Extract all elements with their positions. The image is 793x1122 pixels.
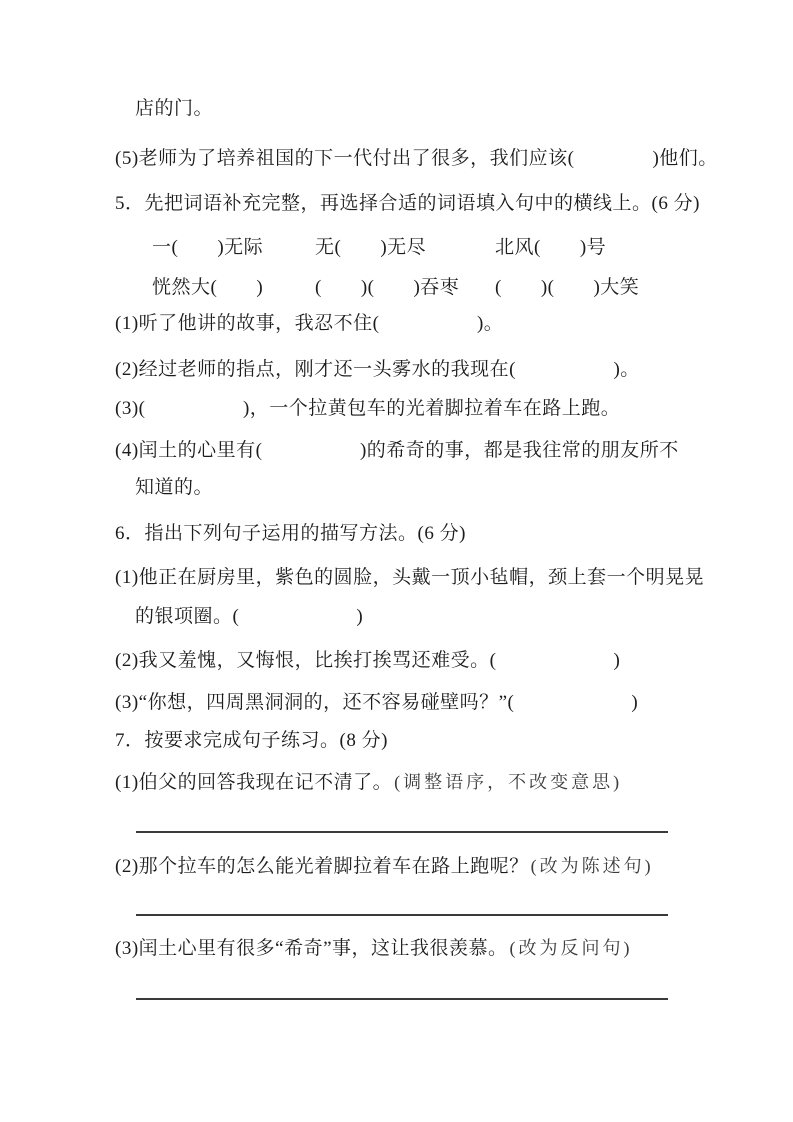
question-7-item-2: (2)那个拉车的怎么能光着脚拉着车在路上跑呢？(改为陈述句) [115, 855, 654, 879]
word-bank-row-2: 恍然大( ) ( )( )吞枣 ( )( )大笑 [152, 272, 639, 299]
word-bank-cell: 无( )无尽 [315, 232, 495, 259]
question-5-item-2: (2)经过老师的指点，刚才还一头雾水的我现在( )。 [115, 358, 640, 382]
question-5-item-4: (4)闰土的心里有( )的希奇的事，都是我往常的朋友所不 [115, 439, 679, 463]
question-6-item-2: (2)我又羞愧，又悔恨，比挨打挨骂还难受。( ) [115, 649, 620, 673]
question-5-item-3: (3)( )，一个拉黄包车的光着脚拉着车在路上跑。 [115, 397, 620, 421]
question-5-title: 5．先把词语补充完整，再选择合适的词语填入句中的横线上。(6 分) [115, 192, 700, 216]
question-7-item-1-hint: (调整语序，不改变意思) [394, 772, 622, 792]
question-7-item-1-text: (1)伯父的回答我现在记不清了。 [115, 772, 392, 793]
question-6-item-3: (3)“你想，四周黑洞洞的，还不容易碰壁吗？”( ) [115, 691, 638, 715]
answer-blank-line [136, 914, 668, 916]
word-bank-cell: ( )( )大笑 [495, 272, 639, 299]
question-7-item-3-text: (3)闰土心里有很多“希奇”事，这让我很羡慕。 [115, 938, 508, 959]
worksheet-page: 店的门。 (5)老师为了培养祖国的下一代付出了很多，我们应该( )他们。 5．先… [0, 0, 793, 1122]
question-7-item-2-text: (2)那个拉车的怎么能光着脚拉着车在路上跑呢？ [115, 856, 529, 877]
question-7-item-3: (3)闰土心里有很多“希奇”事，这让我很羡慕。(改为反问句) [115, 937, 633, 961]
answer-blank-line [136, 998, 668, 1000]
question-7-title: 7．按要求完成句子练习。(8 分) [115, 729, 388, 753]
question-6-item-1-continuation: 的银项圈。( ) [135, 605, 363, 629]
question-7-item-1: (1)伯父的回答我现在记不清了。(调整语序，不改变意思) [115, 771, 622, 795]
question-6-item-1: (1)他正在厨房里，紫色的圆脸，头戴一顶小毡帽，颈上套一个明晃晃 [115, 566, 704, 590]
question-7-item-3-hint: (改为反问句) [510, 938, 633, 958]
word-bank-cell: 恍然大( ) [152, 272, 315, 299]
answer-blank-line [136, 831, 668, 833]
word-bank-cell: ( )( )吞枣 [315, 272, 495, 299]
question-5-item-4-continuation: 知道的。 [135, 476, 213, 500]
prev-question-continuation: 店的门。 [135, 97, 213, 121]
question-6-title: 6．指出下列句子运用的描写方法。(6 分) [115, 522, 466, 546]
word-bank-row-1: 一( )无际 无( )无尽 北风( )号 [152, 232, 606, 259]
question-7-item-2-hint: (改为陈述句) [531, 856, 654, 876]
word-bank-cell: 北风( )号 [495, 232, 606, 259]
prev-question-item-5: (5)老师为了培养祖国的下一代付出了很多，我们应该( )他们。 [115, 147, 718, 171]
word-bank-cell: 一( )无际 [152, 232, 315, 259]
question-5-item-1: (1)听了他讲的故事，我忍不住( )。 [115, 312, 503, 336]
